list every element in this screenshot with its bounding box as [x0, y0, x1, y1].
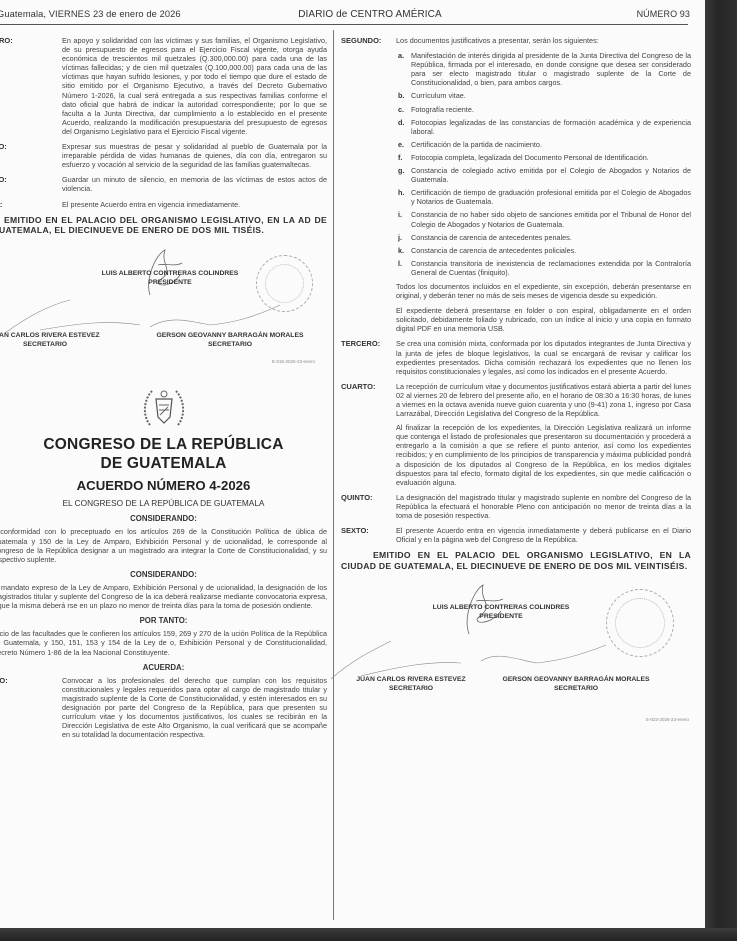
list-item: a.Manifestación de interés dirigida al p…	[396, 51, 691, 87]
president-name: LUIS ALBERTO CONTRERAS COLINDRES	[70, 269, 270, 278]
publication-reference: E-023-2026-23-enero	[646, 715, 689, 724]
list-item-text: Fotografía reciente.	[411, 105, 474, 114]
list-item-letter: i.	[398, 210, 402, 219]
scan-border-bottom	[0, 928, 737, 941]
article-text: El presente Acuerdo entra en vigencia in…	[62, 200, 327, 209]
article-label: TERCERO:	[341, 339, 380, 348]
secretary-2-name: GERSON GEOVANNY BARRAGÁN MORALES	[140, 331, 320, 340]
section-heading-considerando-2: CONSIDERANDO:	[0, 570, 327, 579]
article-sexto: SEXTO: El presente Acuerdo entra en vige…	[341, 526, 691, 544]
publication-reference: E-015-2026-23-enero	[272, 357, 315, 366]
header-rule	[0, 24, 688, 25]
list-item: j.Constancia de carencia de antecedentes…	[396, 233, 691, 242]
emitido-statement: EMITIDO EN EL PALACIO DEL ORGANISMO LEGI…	[0, 215, 327, 236]
list-item-letter: d.	[398, 118, 404, 127]
secretary-1-role: SECRETARIO	[331, 684, 491, 693]
acuerdo-title: ACUERDO NÚMERO 4-2026	[0, 481, 327, 490]
coat-of-arms-icon	[140, 385, 188, 431]
section-heading-por-tanto: POR TANTO:	[0, 616, 327, 625]
header-newspaper-name: DIARIO de CENTRO AMÉRICA	[250, 9, 490, 20]
article-cuarto-prev: O: El presente Acuerdo entra en vigencia…	[0, 200, 327, 209]
article-text: Se crea una comisión mixta, conformada p…	[396, 339, 691, 375]
list-item-text: Constancia de carencia de antecedentes p…	[411, 233, 572, 242]
president-name: LUIS ALBERTO CONTRERAS COLINDRES	[401, 603, 601, 612]
article-segundo-prev: TO: Expresar sus muestras de pesar y sol…	[0, 142, 327, 169]
list-item-letter: k.	[398, 246, 404, 255]
list-item-letter: a.	[398, 51, 404, 60]
documents-list: a.Manifestación de interés dirigida al p…	[396, 51, 691, 277]
secretary-2-name: GERSON GEOVANNY BARRAGÁN MORALES	[486, 675, 666, 684]
list-item: f.Fotocopia completa, legalizada del Doc…	[396, 153, 691, 162]
list-item: c.Fotografía reciente.	[396, 105, 691, 114]
list-item-text: Currículum vitae.	[411, 91, 466, 100]
secretary-2-role: SECRETARIO	[486, 684, 666, 693]
article-primero-prev: ERO: En apoyo y solidaridad con las víct…	[0, 36, 327, 136]
segundo-paragraph-2: El expediente deberá presentarse en fold…	[396, 306, 691, 333]
article-label: SEXTO:	[341, 526, 369, 535]
por-tanto-text: rcicio de las facultades que le confiere…	[0, 629, 327, 656]
article-primero: RO: Convocar a los profesionales del der…	[0, 676, 327, 740]
article-label: TO:	[0, 175, 7, 184]
list-item-letter: f.	[398, 153, 402, 162]
emitido-statement: EMITIDO EN EL PALACIO DEL ORGANISMO LEGI…	[341, 550, 691, 571]
president-role: PRESIDENTE	[70, 278, 270, 287]
secretary-1-role: SECRETARIO	[0, 340, 125, 349]
scan-border-right	[705, 0, 737, 941]
article-text: En apoyo y solidaridad con las víctimas …	[62, 36, 327, 136]
article-label: CUARTO:	[341, 382, 375, 391]
considerando-2-text: or mandato expreso de la Ley de Amparo, …	[0, 583, 327, 610]
signature-icon	[321, 631, 661, 681]
page-header: Guatemala, VIERNES 23 de enero de 2026 D…	[0, 6, 690, 24]
section-heading-acuerda: ACUERDA:	[0, 663, 327, 672]
article-label: ERO:	[0, 36, 13, 45]
list-item-letter: e.	[398, 140, 404, 149]
president-role: PRESIDENTE	[401, 612, 601, 621]
article-segundo: SEGUNDO: Los documentos justificativos a…	[341, 36, 691, 45]
list-item-letter: g.	[398, 166, 404, 175]
list-item: e.Certificación de la partida de nacimie…	[396, 140, 691, 149]
list-item-letter: h.	[398, 188, 404, 197]
article-text: El presente Acuerdo entra en vigencia in…	[396, 526, 691, 544]
list-item-text: Certificación de tiempo de graduación pr…	[411, 188, 691, 206]
article-text: Expresar sus muestras de pesar y solidar…	[62, 142, 327, 169]
section-heading-considerando-1: CONSIDERANDO:	[0, 514, 327, 523]
institution-title-line1: CONGRESO DE LA REPÚBLICA	[0, 435, 327, 454]
list-item-text: Constancia transitoria de inexistencia d…	[411, 259, 691, 277]
list-item: h.Certificación de tiempo de graduación …	[396, 188, 691, 206]
segundo-paragraph-1: Todos los documentos incluidos en el exp…	[396, 282, 691, 300]
article-label: QUINTO:	[341, 493, 373, 502]
signature-icon	[0, 295, 320, 335]
institution-title-line2: DE GUATEMALA	[0, 454, 327, 473]
list-item-letter: c.	[398, 105, 404, 114]
list-item-letter: j.	[398, 233, 402, 242]
article-cuarto: CUARTO: La recepción de currículum vitae…	[341, 382, 691, 418]
list-item-text: Fotocopia completa, legalizada del Docum…	[411, 153, 649, 162]
institution-title: CONGRESO DE LA REPÚBLICA DE GUATEMALA	[0, 435, 327, 473]
considerando-1-text: e conformidad con lo preceptuado en los …	[0, 527, 327, 563]
list-item: b.Currículum vitae.	[396, 91, 691, 100]
article-label: RO:	[0, 676, 8, 685]
list-item-text: Fotocopias legalizadas de las constancia…	[411, 118, 691, 136]
newspaper-page: Guatemala, VIERNES 23 de enero de 2026 D…	[0, 0, 705, 928]
article-label: TO:	[0, 142, 7, 151]
secretary-1-name: JUAN CARLOS RIVERA ESTEVEZ	[331, 675, 491, 684]
list-item-text: Certificación de la partida de nacimient…	[411, 140, 542, 149]
article-text: Convocar a los profesionales del derecho…	[62, 676, 327, 740]
list-item-text: Constancia de no haber sido objeto de sa…	[411, 210, 691, 228]
list-item: l.Constancia transitoria de inexistencia…	[396, 259, 691, 277]
article-quinto: QUINTO: La designación del magistrado ti…	[341, 493, 691, 520]
article-text: La recepción de currículum vitae y docum…	[396, 382, 691, 418]
header-location-date: Guatemala, VIERNES 23 de enero de 2026	[0, 9, 181, 19]
article-tercero: TERCERO: Se crea una comisión mixta, con…	[341, 339, 691, 375]
list-item-text: Constancia de colegiado activo emitida p…	[411, 166, 691, 184]
article-tercero-prev: TO: Guardar un minuto de silencio, en me…	[0, 175, 327, 193]
secretary-2-role: SECRETARIO	[140, 340, 320, 349]
signature-block: LUIS ALBERTO CONTRERAS COLINDRES PRESIDE…	[341, 571, 691, 731]
list-item: d.Fotocopias legalizadas de las constanc…	[396, 118, 691, 136]
right-column: SEGUNDO: Los documentos justificativos a…	[341, 36, 691, 731]
article-intro: Los documentos justificativos a presenta…	[396, 36, 691, 45]
list-item: i.Constancia de no haber sido objeto de …	[396, 210, 691, 228]
list-item-letter: b.	[398, 91, 404, 100]
list-item: g.Constancia de colegiado activo emitida…	[396, 166, 691, 184]
header-issue-number: NÚMERO 93	[637, 9, 690, 19]
list-item-letter: l.	[398, 259, 402, 268]
secretary-1-name: JUAN CARLOS RIVERA ESTEVEZ	[0, 331, 125, 340]
list-item-text: Constancia de carencia de antecedentes p…	[411, 246, 576, 255]
list-item-text: Manifestación de interés dirigida al pre…	[411, 51, 691, 87]
article-text: Guardar un minuto de silencio, en memori…	[62, 175, 327, 193]
signature-block: LUIS ALBERTO CONTRERAS COLINDRES PRESIDE…	[0, 235, 327, 385]
article-text: La designación del magistrado titular y …	[396, 493, 691, 520]
article-label: O:	[0, 200, 2, 209]
column-divider	[333, 30, 334, 920]
left-column: ERO: En apoyo y solidaridad con las víct…	[0, 36, 327, 745]
acuerdo-subtitle: EL CONGRESO DE LA REPÚBLICA DE GUATEMALA	[0, 499, 327, 508]
list-item: k.Constancia de carencia de antecedentes…	[396, 246, 691, 255]
article-label: SEGUNDO:	[341, 36, 381, 45]
cuarto-paragraph: Al finalizar la recepción de los expedie…	[396, 423, 691, 487]
